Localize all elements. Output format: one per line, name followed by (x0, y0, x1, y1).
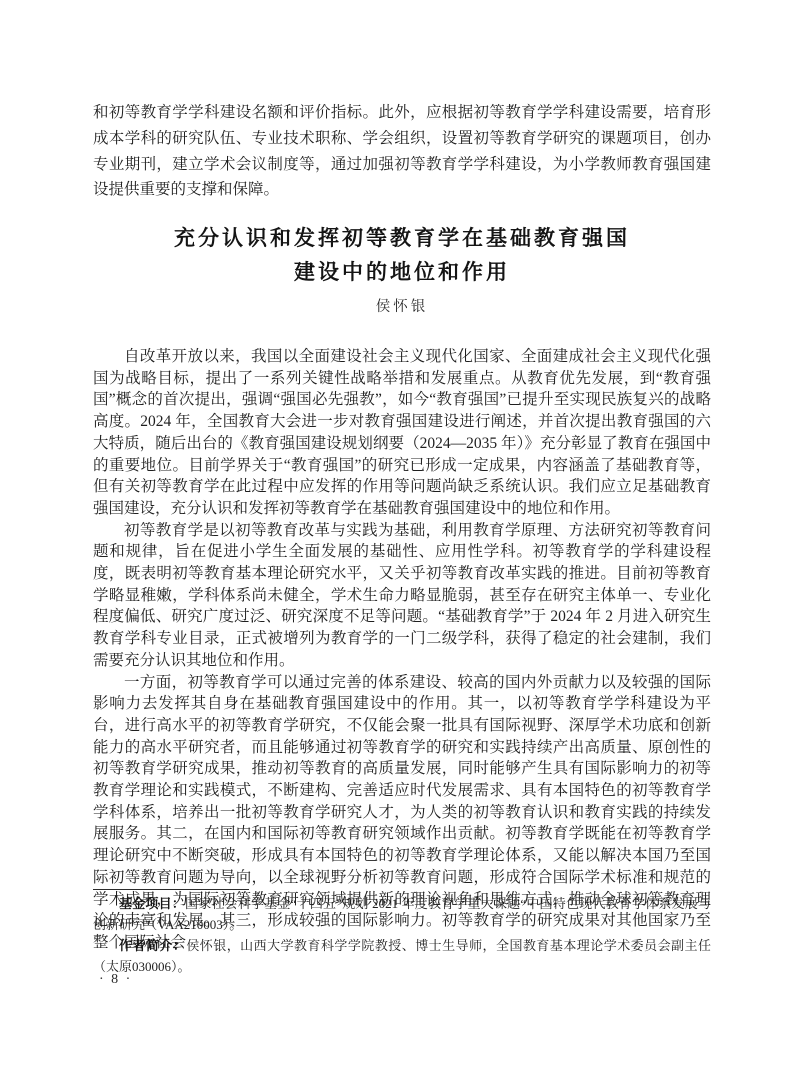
footnote-author-label: 作者简介： (119, 938, 186, 953)
footnote-separator (93, 889, 249, 890)
article-author: 侯怀银 (93, 297, 711, 317)
body-paragraph-2: 初等教育学是以初等教育改革与实践为基础，利用教育学原理、方法研究初等教育问题和规… (93, 520, 711, 672)
footnote-fund-text: 国家社会科学基金“十四五”规划 2021 年度教育学重大课题“中国特色现代教育学… (93, 896, 711, 932)
article-body: 自改革开放以来，我国以全面建设社会主义现代化国家、全面建成社会主义现代化强国为战… (93, 346, 711, 954)
article-title-line2: 建设中的地位和作用 (93, 256, 711, 290)
footnotes: 基金项目：国家社会科学基金“十四五”规划 2021 年度教育学重大课题“中国特色… (93, 893, 711, 977)
previous-article-closing-paragraph: 和初等教育学学科建设名额和评价指标。此外，应根据初等教育学学科建设需要，培育形成… (93, 100, 711, 203)
article-title-line1: 充分认识和发挥初等教育学在基础教育强国 (93, 222, 711, 256)
body-paragraph-1: 自改革开放以来，我国以全面建设社会主义现代化国家、全面建成社会主义现代化强国为战… (93, 346, 711, 520)
page-number: · 8 · (99, 971, 132, 989)
footnote-author-bio: 作者简介：侯怀银，山西大学教育科学学院教授、博士生导师，全国教育基本理论学术委员… (93, 935, 711, 977)
document-page: 和初等教育学学科建设名额和评价指标。此外，应根据初等教育学学科建设需要，培育形成… (0, 0, 800, 1077)
footnote-fund-label: 基金项目： (119, 896, 185, 911)
footnote-fund-project: 基金项目：国家社会科学基金“十四五”规划 2021 年度教育学重大课题“中国特色… (93, 893, 711, 935)
article-title: 充分认识和发挥初等教育学在基础教育强国 建设中的地位和作用 (93, 222, 711, 289)
footnote-author-text: 侯怀银，山西大学教育科学学院教授、博士生导师，全国教育基本理论学术委员会副主任（… (93, 938, 711, 974)
